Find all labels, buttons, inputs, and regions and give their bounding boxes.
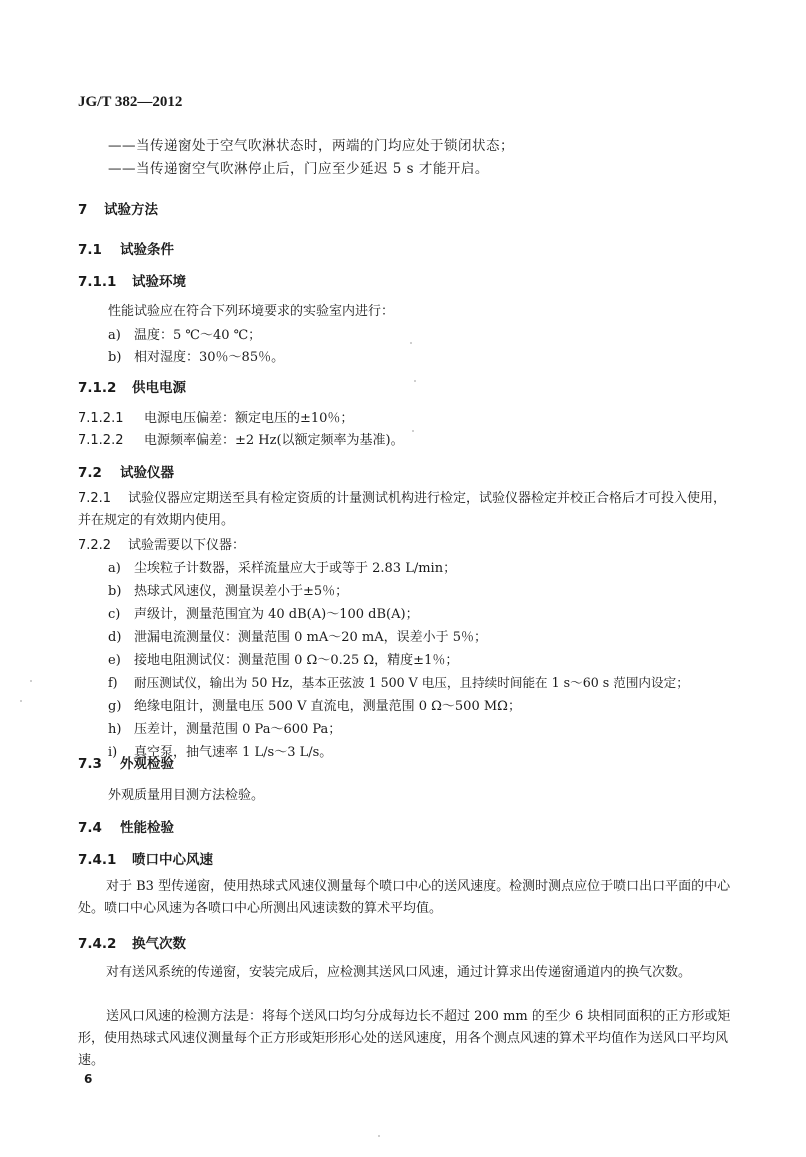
section-number: 7.1 <box>78 242 120 258</box>
standard-code: JG/T 382—2012 <box>78 94 182 111</box>
section-7-1-heading: 7.1试验条件 <box>78 238 174 258</box>
dash-item-2: ——当传递窗空气吹淋停止后，门应至少延迟 5 s 才能开启。 <box>108 157 489 177</box>
section-title: 试验方法 <box>104 202 158 218</box>
section-number: 7.2 <box>78 465 120 481</box>
list-item: f)耐压测试仪，输出为 50 Hz，基本正弦波 1 500 V 电压，且持续时间… <box>108 672 689 691</box>
list-item: b)热球式风速仪，测量误差小于±5％； <box>108 580 348 599</box>
scan-artifact <box>412 430 414 432</box>
section-title: 喷口中心风速 <box>132 852 213 868</box>
clause-text: 试验仪器应定期送至具有检定资质的计量测试机构进行检定，试验仪器检定并校正合格后才… <box>78 491 726 528</box>
clause-number: 7.1.2.2 <box>78 433 144 448</box>
section-title: 外观检验 <box>120 756 174 772</box>
section-number: 7.1.2 <box>78 380 132 396</box>
list-item: a)尘埃粒子计数器，采样流量应大于或等于 2.83 L/min； <box>108 557 456 576</box>
list-item: e)接地电阻测试仪：测量范围 0 Ω～0.25 Ω，精度±1％； <box>108 649 458 668</box>
section-number: 7 <box>78 202 104 218</box>
item-label: a) <box>108 561 134 576</box>
clause-7-2-2: 7.2.2试验需要以下仪器： <box>78 534 245 553</box>
clause-7-1-2-1: 7.1.2.1电源电压偏差：额定电压的±10％； <box>78 407 353 426</box>
page-number: 6 <box>84 1072 92 1086</box>
item-label: g) <box>108 699 134 714</box>
item-label: c) <box>108 607 134 622</box>
dash-item-1: ——当传递窗处于空气吹淋状态时，两端的门均应处于锁闭状态； <box>108 134 514 154</box>
item-text: 尘埃粒子计数器，采样流量应大于或等于 2.83 L/min； <box>134 561 456 576</box>
item-label: e) <box>108 653 134 668</box>
section-7-1-1-heading: 7.1.1试验环境 <box>78 270 186 290</box>
section-title: 供电电源 <box>132 380 186 396</box>
list-item: a)温度：5 ℃～40 ℃； <box>108 324 261 343</box>
item-text: 耐压测试仪，输出为 50 Hz，基本正弦波 1 500 V 电压，且持续时间能在… <box>134 675 689 690</box>
section-title: 试验条件 <box>120 242 174 258</box>
clause-number: 7.1.2.1 <box>78 411 144 426</box>
clause-7-2-1: 7.2.1试验仪器应定期送至具有检定资质的计量测试机构进行检定，试验仪器检定并校… <box>78 488 738 532</box>
item-text: 接地电阻测试仪：测量范围 0 Ω～0.25 Ω，精度±1％； <box>134 653 458 668</box>
item-label: h) <box>108 722 134 737</box>
section-number: 7.1.1 <box>78 274 132 290</box>
section-7-4-1-text: 对于 B3 型传递窗，使用热球式风速仪测量每个喷口中心的送风速度。检测时测点应位… <box>78 876 738 920</box>
section-7-4-1-heading: 7.4.1喷口中心风速 <box>78 848 213 868</box>
clause-text: 电源电压偏差：额定电压的±10％； <box>144 411 353 426</box>
item-text: 相对湿度：30％～85％。 <box>134 350 284 365</box>
section-7-4-2-para-1: 对有送风系统的传递窗，安装完成后，应检测其送风口风速，通过计算求出传递窗通道内的… <box>78 962 738 984</box>
section-7-heading: 7试验方法 <box>78 198 158 218</box>
clause-7-1-2-2: 7.1.2.2电源频率偏差：±2 Hz(以额定频率为基准)。 <box>78 429 404 448</box>
item-label: f) <box>108 675 134 690</box>
scan-artifact <box>30 680 32 682</box>
item-label: d) <box>108 630 134 645</box>
section-number: 7.4.2 <box>78 936 132 952</box>
clause-number: 7.2.2 <box>78 538 128 553</box>
list-item: d)泄漏电流测量仪：测量范围 0 mA～20 mA，误差小于 5％； <box>108 626 487 645</box>
list-item: c)声级计，测量范围宜为 40 dB(A)～100 dB(A)； <box>108 603 419 622</box>
environment-intro: 性能试验应在符合下列环境要求的实验室内进行： <box>108 300 394 319</box>
scan-artifact <box>414 380 416 382</box>
section-7-2-heading: 7.2试验仪器 <box>78 461 174 481</box>
item-text: 声级计，测量范围宜为 40 dB(A)～100 dB(A)； <box>134 607 419 622</box>
item-text: 压差计，测量范围 0 Pa～600 Pa； <box>134 722 341 737</box>
section-title: 试验环境 <box>132 274 186 290</box>
item-text: 温度：5 ℃～40 ℃； <box>134 328 261 343</box>
scan-artifact <box>378 1135 380 1137</box>
item-text: 热球式风速仪，测量误差小于±5％； <box>134 584 348 599</box>
section-7-4-2-para-2: 送风口风速的检测方法是：将每个送风口均匀分成每边长不超过 200 mm 的至少 … <box>78 1006 738 1072</box>
section-7-4-2-heading: 7.4.2换气次数 <box>78 932 186 952</box>
item-label: b) <box>108 350 134 365</box>
section-7-1-2-heading: 7.1.2供电电源 <box>78 376 186 396</box>
clause-number: 7.2.1 <box>78 488 128 510</box>
item-label: b) <box>108 584 134 599</box>
list-item: b)相对湿度：30％～85％。 <box>108 346 284 365</box>
section-number: 7.4 <box>78 820 120 836</box>
section-number: 7.4.1 <box>78 852 132 868</box>
section-number: 7.3 <box>78 756 120 772</box>
item-text: 泄漏电流测量仪：测量范围 0 mA～20 mA，误差小于 5％； <box>134 630 487 645</box>
clause-text: 试验需要以下仪器： <box>128 538 245 553</box>
item-text: 绝缘电阻计，测量电压 500 V 直流电，测量范围 0 Ω～500 MΩ； <box>134 699 521 714</box>
section-7-3-text: 外观质量用目测方法检验。 <box>108 784 264 803</box>
list-item: g)绝缘电阻计，测量电压 500 V 直流电，测量范围 0 Ω～500 MΩ； <box>108 695 521 714</box>
section-title: 性能检验 <box>120 820 174 836</box>
section-7-3-heading: 7.3外观检验 <box>78 752 174 772</box>
section-title: 换气次数 <box>132 936 186 952</box>
section-7-4-heading: 7.4性能检验 <box>78 816 174 836</box>
scan-artifact <box>20 700 22 702</box>
section-title: 试验仪器 <box>120 465 174 481</box>
list-item: h)压差计，测量范围 0 Pa～600 Pa； <box>108 718 341 737</box>
clause-text: 电源频率偏差：±2 Hz(以额定频率为基准)。 <box>144 433 404 448</box>
scan-artifact <box>410 342 412 344</box>
item-label: a) <box>108 328 134 343</box>
